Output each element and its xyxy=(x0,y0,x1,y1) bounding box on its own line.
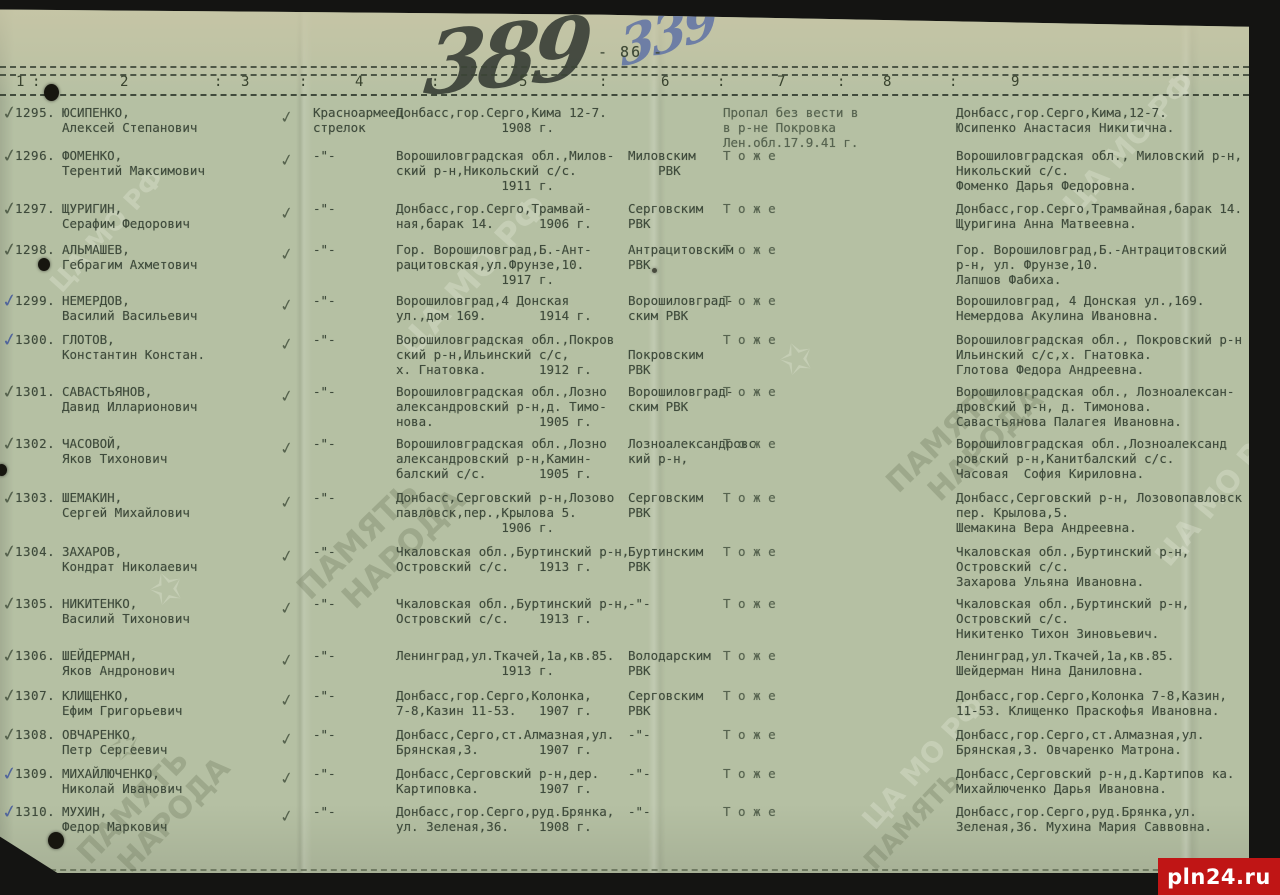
table-row: ✓ 1298. АЛЬМАШЕВ, Гебрагим Ахметович ✓ -… xyxy=(0,243,1249,244)
header-underline-rule xyxy=(0,94,1249,96)
column-number: 1 xyxy=(16,74,24,90)
table-row: ✓ 1297. ЩУРИГИН, Серафим Федорович ✓ -"-… xyxy=(0,202,1249,203)
record-number: 1298. xyxy=(15,243,55,258)
record-number: 1306. xyxy=(15,649,55,664)
column-separator: : xyxy=(431,74,439,90)
table-row: ✓ 1310. МУХИН, Федор Маркович ✓ -"- Донб… xyxy=(0,805,1249,806)
bottom-dashed-rule xyxy=(0,869,1249,871)
checkmark-icon: ✓ xyxy=(279,729,294,750)
rvk-commissariat: Миловским РВК xyxy=(628,149,696,179)
fate-status: Т о ж е xyxy=(723,689,776,704)
rvk-commissariat: Серговским РВК xyxy=(628,202,703,232)
soldier-name: НЕМЕРДОВ, Василий Васильевич xyxy=(62,294,197,324)
checkmark-icon: ✓ xyxy=(279,334,294,355)
rank-or-ditto: -"- xyxy=(313,437,336,452)
fate-status: Т о ж е xyxy=(723,545,776,560)
checkmark-icon: ✓ xyxy=(279,438,294,459)
checkmark-icon: ✓ xyxy=(279,244,294,265)
column-separator: : xyxy=(599,74,607,90)
fate-status: Т о ж е xyxy=(723,202,776,217)
checkmark-icon: ✓ xyxy=(279,492,294,513)
enlistment-address: Гор. Ворошиловград,Б.-Ант- рацитовская,у… xyxy=(396,243,592,287)
column-number: 2 xyxy=(120,74,128,90)
table-row: ✓ 1308. ОВЧАРЕНКО, Петр Сергеевич ✓ -"- … xyxy=(0,728,1249,729)
fate-status: Т о ж е xyxy=(723,805,776,820)
checkmark-icon: ✓ xyxy=(279,386,294,407)
rank-or-ditto: -"- xyxy=(313,597,336,612)
table-row: ✓ 1304. ЗАХАРОВ, Кондрат Николаевич ✓ -"… xyxy=(0,545,1249,546)
relative-address: Чкаловская обл.,Буртинский р-н, Островск… xyxy=(956,545,1189,589)
enlistment-address: Донбасс,Серговский р-н,Лозово павловск,п… xyxy=(396,491,614,535)
table-row: ✓ 1306. ШЕЙДЕРМАН, Яков Андронович ✓ -"-… xyxy=(0,649,1249,650)
soldier-name: ЗАХАРОВ, Кондрат Николаевич xyxy=(62,545,197,575)
record-number: 1302. xyxy=(15,437,55,452)
relative-address: Донбасс,гор.Серго,руд.Брянка,ул. Зеленая… xyxy=(956,805,1212,835)
soldier-name: ШЕЙДЕРМАН, Яков Андронович xyxy=(62,649,175,679)
column-number: 7 xyxy=(777,74,785,90)
column-separator: : xyxy=(717,74,725,90)
enlistment-address: Ворошиловградская обл.,Лозно александров… xyxy=(396,385,607,429)
soldier-name: ФОМЕНКО, Терентий Максимович xyxy=(62,149,205,179)
rvk-commissariat: Буртинским РВК xyxy=(628,545,703,575)
rank-or-ditto: -"- xyxy=(313,545,336,560)
punch-hole xyxy=(38,258,50,271)
rvk-commissariat: Серговским РВК xyxy=(628,689,703,719)
column-number: 3 xyxy=(241,74,249,90)
soldier-name: САВАСТЬЯНОВ, Давид Илларионович xyxy=(62,385,197,415)
table-row: ✓ 1305. НИКИТЕНКО, Василий Тихонович ✓ -… xyxy=(0,597,1249,598)
relative-address: Ворошиловградская обл., Лозноалексан- др… xyxy=(956,385,1234,429)
punch-hole xyxy=(48,832,64,849)
rank-or-ditto: -"- xyxy=(313,767,336,782)
rvk-commissariat: Антрацитовским РВК xyxy=(628,243,733,273)
rank-or-ditto: -"- xyxy=(313,333,336,348)
typed-page-number: - 86 - xyxy=(598,44,664,62)
relative-address: Донбасс,Серговский р-н,д.Картипов ка. Ми… xyxy=(956,767,1234,797)
fate-status: Т о ж е xyxy=(723,728,776,743)
enlistment-address: Чкаловская обл.,Буртинский р-н, Островск… xyxy=(396,545,629,575)
record-number: 1305. xyxy=(15,597,55,612)
rank-or-ditto: -"- xyxy=(313,491,336,506)
table-row: ✓ 1303. ШЕМАКИН, Сергей Михайлович ✓ -"-… xyxy=(0,491,1249,492)
rvk-commissariat: Ворошиловград- ским РВК xyxy=(628,294,733,324)
rank-or-ditto: -"- xyxy=(313,689,336,704)
table-row: ✓ 1299. НЕМЕРДОВ, Василий Васильевич ✓ -… xyxy=(0,294,1249,295)
checkmark-icon: ✓ xyxy=(279,546,294,567)
memory-watermark: ПАМЯТЬ xyxy=(858,766,967,877)
enlistment-address: Ленинград,ул.Ткачей,1а,кв.85. 1913 г. xyxy=(396,649,614,679)
checkmark-icon: ✓ xyxy=(279,768,294,789)
checkmark-icon: ✓ xyxy=(279,598,294,619)
record-number: 1310. xyxy=(15,805,55,820)
checkmark-icon: ✓ xyxy=(279,150,294,171)
soldier-name: КЛИЩЕНКО, Ефим Григорьевич xyxy=(62,689,182,719)
fate-status: Т о ж е xyxy=(723,649,776,664)
enlistment-address: Донбасс,Серго,ст.Алмазная,ул. Брянская,3… xyxy=(396,728,614,758)
record-number: 1295. xyxy=(15,106,55,121)
rvk-commissariat: -"- xyxy=(628,767,651,782)
soldier-name: ОВЧАРЕНКО, Петр Сергеевич xyxy=(62,728,167,758)
punch-hole xyxy=(44,84,59,101)
record-number: 1309. xyxy=(15,767,55,782)
column-number: 4 xyxy=(355,74,363,90)
record-number: 1307. xyxy=(15,689,55,704)
relative-address: Чкаловская обл.,Буртинский р-н, Островск… xyxy=(956,597,1189,641)
double-dashed-rule xyxy=(0,66,1249,76)
fate-status: Т о ж е xyxy=(723,597,776,612)
record-number: 1301. xyxy=(15,385,55,400)
record-number: 1299. xyxy=(15,294,55,309)
table-row: ✓ 1296. ФОМЕНКО, Терентий Максимович ✓ -… xyxy=(0,149,1249,150)
rank-or-ditto: -"- xyxy=(313,649,336,664)
enlistment-address: Ворошиловградская обл.,Милов- ский р-н,Н… xyxy=(396,149,614,193)
relative-address: Донбасс,гор.Серго,Колонка 7-8,Казин, 11-… xyxy=(956,689,1227,719)
fate-status: Пропал без вести в в р-не Покровка Лен.о… xyxy=(723,106,858,150)
column-separator: : xyxy=(214,74,222,90)
soldier-name: НИКИТЕНКО, Василий Тихонович xyxy=(62,597,190,627)
enlistment-address: Ворошиловградская обл.,Покров ский р-н,И… xyxy=(396,333,614,377)
rvk-commissariat: -"- xyxy=(628,805,651,820)
site-badge: pln24.ru xyxy=(1158,858,1280,895)
checkmark-icon: ✓ xyxy=(279,203,294,224)
rvk-commissariat: Володарским РВК xyxy=(628,649,711,679)
column-separator: : xyxy=(837,74,845,90)
rank-or-ditto: -"- xyxy=(313,728,336,743)
record-number: 1308. xyxy=(15,728,55,743)
table-row: ✓ 1309. МИХАЙЛЮЧЕНКО, Николай Иванович ✓… xyxy=(0,767,1249,768)
rvk-commissariat: Серговским РВК xyxy=(628,491,703,521)
record-number: 1297. xyxy=(15,202,55,217)
rvk-commissariat: Покровским РВК xyxy=(628,333,703,377)
soldier-name: ШЕМАКИН, Сергей Михайлович xyxy=(62,491,190,521)
record-number: 1304. xyxy=(15,545,55,560)
soldier-name: ЩУРИГИН, Серафим Федорович xyxy=(62,202,190,232)
relative-address: Гор. Ворошиловград,Б.-Антрацитовский р-н… xyxy=(956,243,1227,287)
rank-or-ditto: -"- xyxy=(313,805,336,820)
column-number: 9 xyxy=(1011,74,1019,90)
relative-address: Донбасс,гор.Серго,ст.Алмазная,ул. Брянск… xyxy=(956,728,1204,758)
handwritten-ink-number: 339 xyxy=(619,0,717,76)
rank-or-ditto: -"- xyxy=(313,294,336,309)
table-row: ✓ 1295. ЮСИПЕНКО, Алексей Степанович ✓ К… xyxy=(0,106,1249,107)
relative-address: Ленинград,ул.Ткачей,1а,кв.85. Шейдерман … xyxy=(956,649,1174,679)
checkmark-icon: ✓ xyxy=(279,806,294,827)
column-number: 6 xyxy=(661,74,669,90)
relative-address: Ворошиловградская обл.,Лозноалександ ров… xyxy=(956,437,1227,481)
record-number: 1296. xyxy=(15,149,55,164)
soldier-name: ГЛОТОВ, Константин Констан. xyxy=(62,333,205,363)
soldier-name: МИХАЙЛЮЧЕНКО, Николай Иванович xyxy=(62,767,182,797)
checkmark-icon: ✓ xyxy=(279,650,294,671)
fate-status: Т о ж е xyxy=(723,385,776,400)
enlistment-address: Донбасс,Серговский р-н,дер. Картиповка. … xyxy=(396,767,599,797)
record-number: 1303. xyxy=(15,491,55,506)
relative-address: Донбасс,гор.Серго,Трамвайная,барак 14. Щ… xyxy=(956,202,1242,232)
column-number: 8 xyxy=(883,74,891,90)
enlistment-address: Донбасс,гор.Серго,руд.Брянка, ул. Зелена… xyxy=(396,805,614,835)
enlistment-address: Ворошиловград,4 Донская ул.,дом 169. 191… xyxy=(396,294,592,324)
column-separator: : xyxy=(299,74,307,90)
table-row: ✓ 1302. ЧАСОВОЙ, Яков Тихонович ✓ -"- Во… xyxy=(0,437,1249,438)
rvk-commissariat: Ворошиловград- ским РВК xyxy=(628,385,733,415)
star-watermark: ✩ xyxy=(773,332,820,387)
enlistment-address: Донбасс,гор.Серго,Колонка, 7-8,Казин 11-… xyxy=(396,689,592,719)
soldier-name: ЮСИПЕНКО, Алексей Степанович xyxy=(62,106,197,136)
soldier-name: ЧАСОВОЙ, Яков Тихонович xyxy=(62,437,167,467)
archive-watermark: ЦА МО РФ xyxy=(1057,65,1203,221)
soldier-name: МУХИН, Федор Маркович xyxy=(62,805,167,835)
fate-status: Т о ж е xyxy=(723,243,776,258)
record-number: 1300. xyxy=(15,333,55,348)
fate-status: Т о ж е xyxy=(723,294,776,309)
relative-address: Ворошиловградская обл., Покровский р-н И… xyxy=(956,333,1242,377)
fate-status: Т о ж е xyxy=(723,437,776,452)
enlistment-address: Ворошиловградская обл.,Лозно александров… xyxy=(396,437,607,481)
column-separator: : xyxy=(32,74,40,90)
checkmark-icon: ✓ xyxy=(279,690,294,711)
rank-or-ditto: -"- xyxy=(313,202,336,217)
relative-address: Донбасс,Серговский р-н, Лозовопавловск п… xyxy=(956,491,1242,535)
enlistment-address: Донбасс,гор.Серго,Кима 12-7. 1908 г. xyxy=(396,106,607,136)
enlistment-address: Донбасс,гор.Серго,Трамвай- ная,барак 14.… xyxy=(396,202,592,232)
fate-status: Т о ж е xyxy=(723,491,776,506)
table-row: ✓ 1301. САВАСТЬЯНОВ, Давид Илларионович … xyxy=(0,385,1249,386)
rank-or-ditto: -"- xyxy=(313,243,336,258)
relative-address: Ворошиловградская обл., Миловский р-н, Н… xyxy=(956,149,1242,193)
enlistment-address: Чкаловская обл.,Буртинский р-н, Островск… xyxy=(396,597,629,627)
rank-or-ditto: -"- xyxy=(313,385,336,400)
checkmark-icon: ✓ xyxy=(279,295,294,316)
rank-or-ditto: -"- xyxy=(313,149,336,164)
fate-status: Т о ж е xyxy=(723,767,776,782)
table-row: ✓ 1300. ГЛОТОВ, Константин Констан. ✓ -"… xyxy=(0,333,1249,334)
rvk-commissariat: -"- xyxy=(628,728,651,743)
relative-address: Донбасс,гор.Серго,Кима,12-7. Юсипенко Ан… xyxy=(956,106,1174,136)
fate-status: Т о ж е xyxy=(723,333,776,348)
column-number: 5 xyxy=(519,74,527,90)
document-page: 389 339 - 86 - 123456789:::::::: ЦА МО Р… xyxy=(0,6,1249,873)
column-separator: : xyxy=(949,74,957,90)
rvk-commissariat: -"- xyxy=(628,597,651,612)
rank-or-ditto: Красноармеец стрелок xyxy=(313,106,403,136)
relative-address: Ворошиловград, 4 Донская ул.,169. Немерд… xyxy=(956,294,1204,324)
fate-status: Т о ж е xyxy=(723,149,776,164)
checkmark-icon: ✓ xyxy=(279,107,294,128)
punch-hole xyxy=(0,464,7,476)
soldier-name: АЛЬМАШЕВ, Гебрагим Ахметович xyxy=(62,243,197,273)
table-row: ✓ 1307. КЛИЩЕНКО, Ефим Григорьевич ✓ -"-… xyxy=(0,689,1249,690)
